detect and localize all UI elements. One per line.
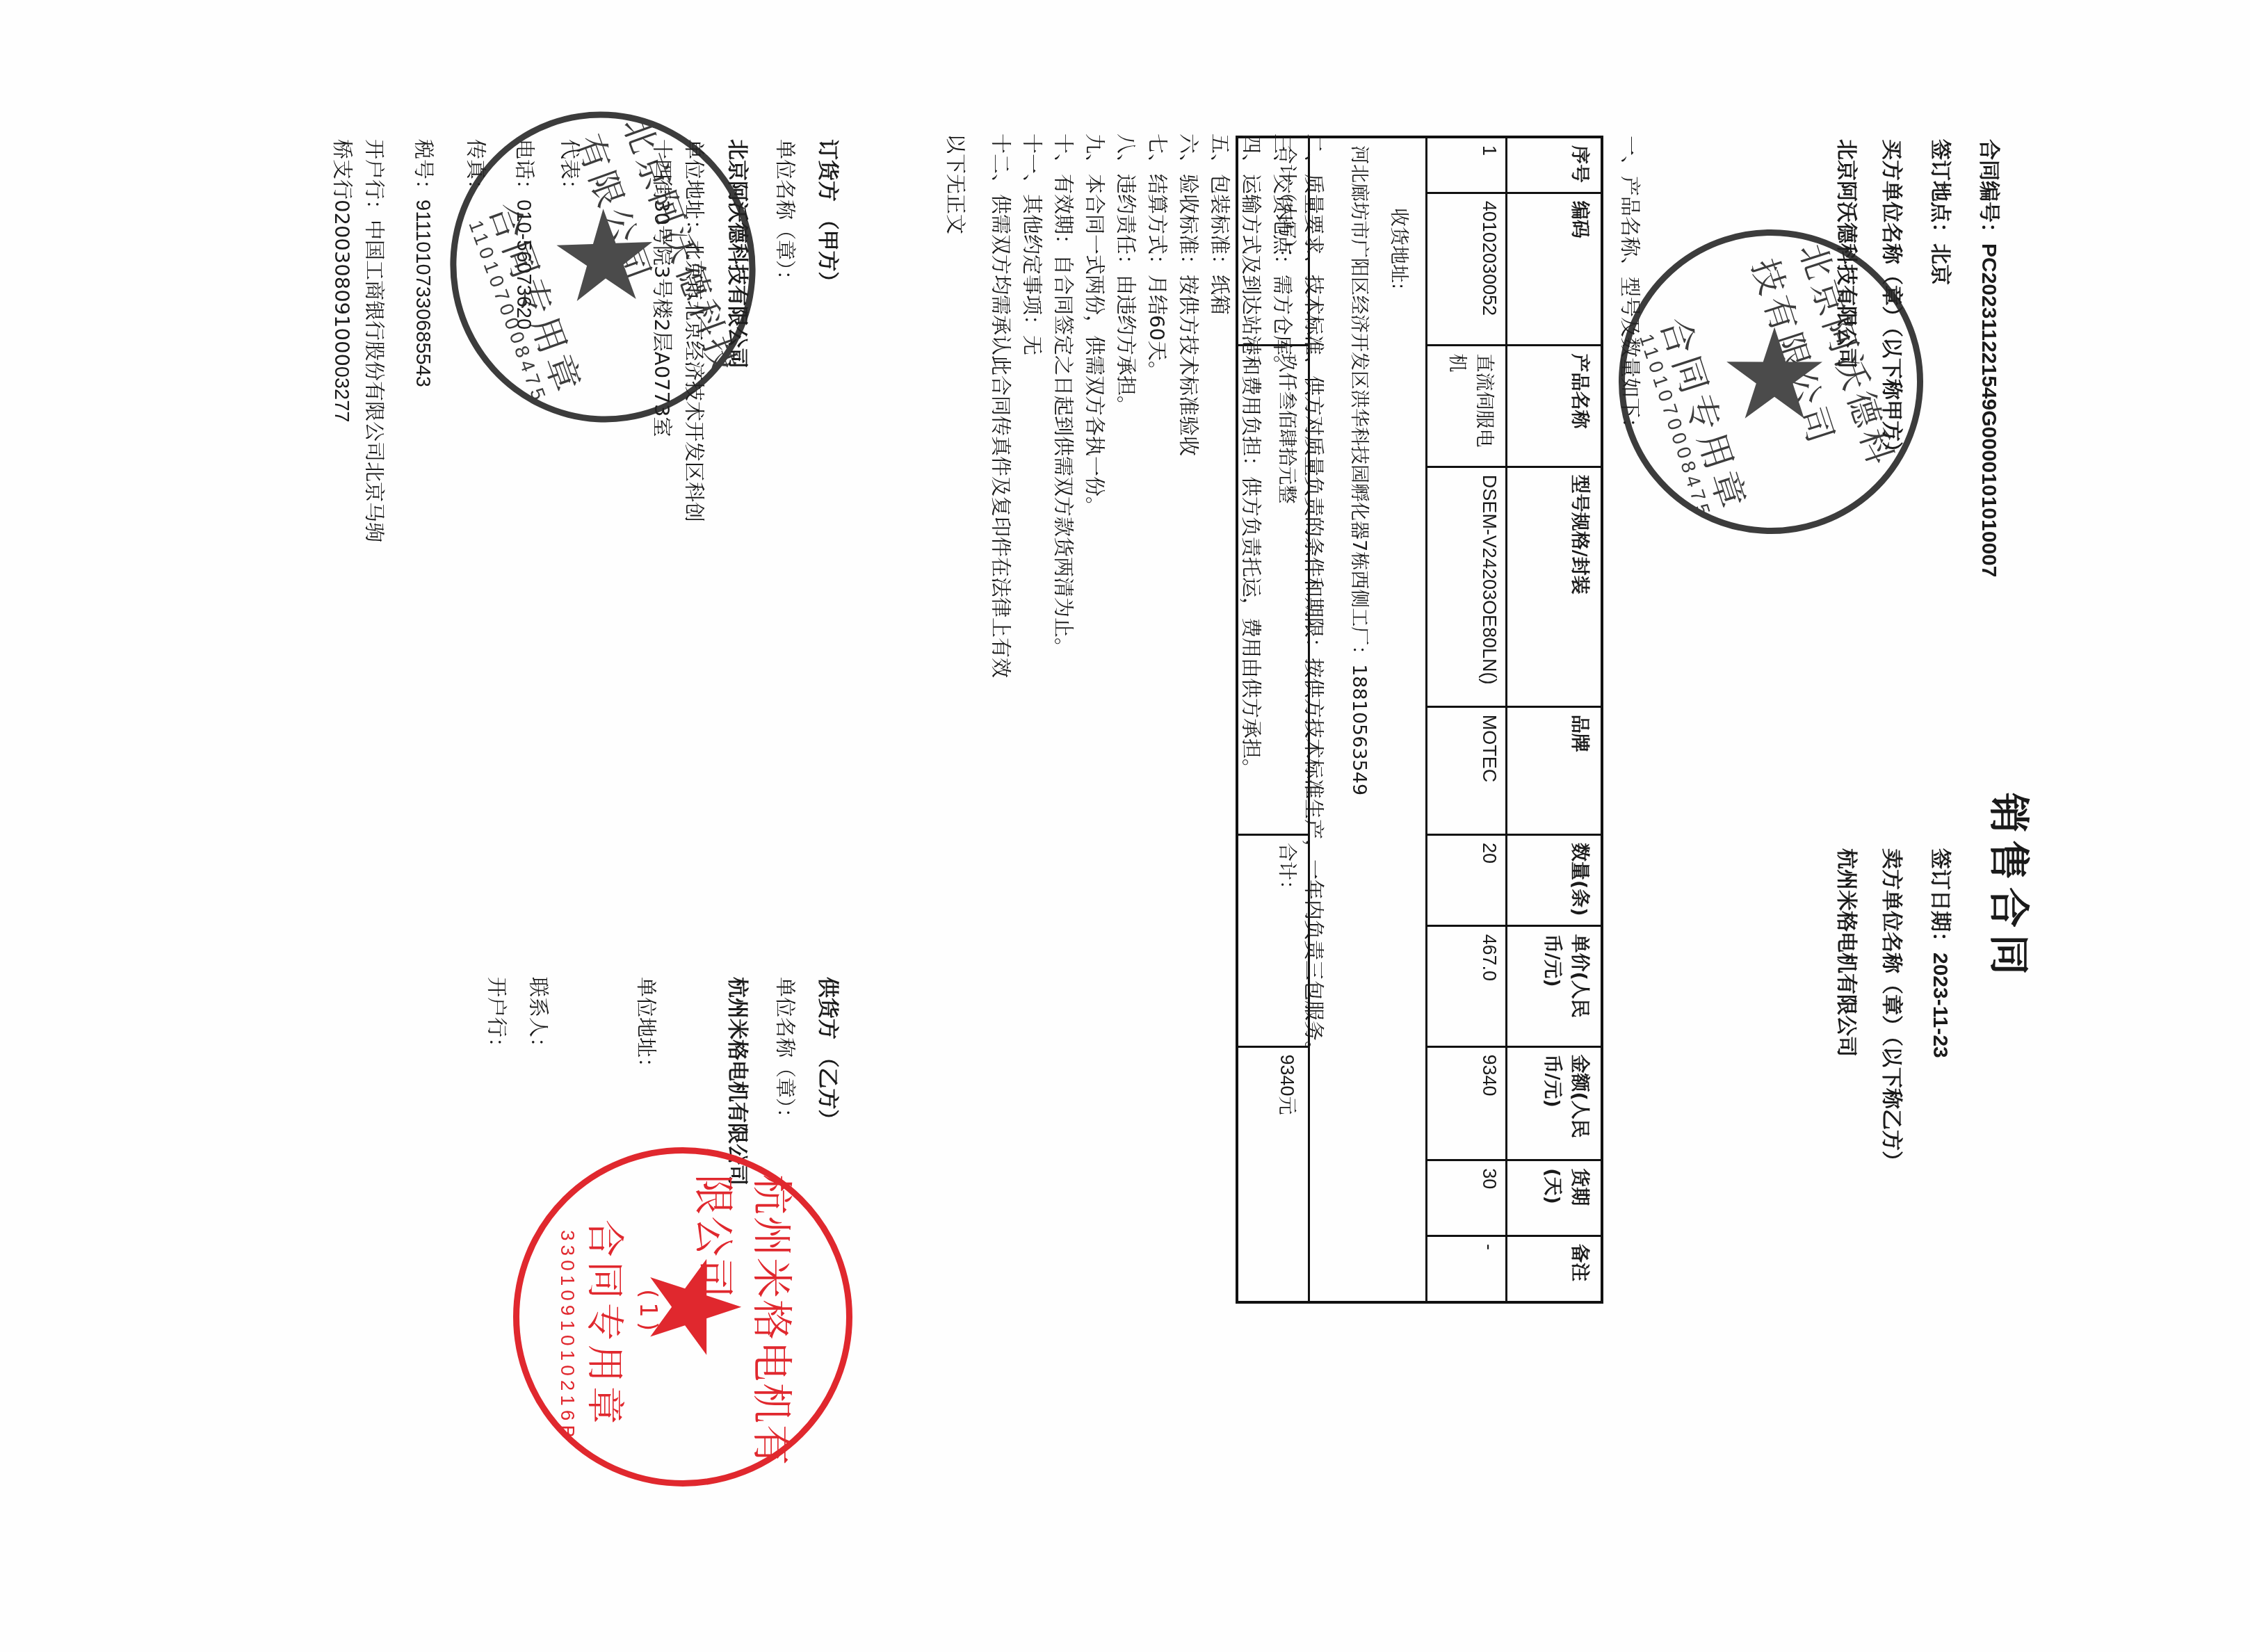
col-header-brand: 品牌 bbox=[1507, 706, 1603, 834]
clause-2: 二、质量要求、技术标准、供方对质量负责的条件和期限：按供方技术标准生产，一年内负… bbox=[1300, 133, 1329, 1061]
col-header-remark: 备注 bbox=[1507, 1236, 1603, 1302]
total-label: 合计： bbox=[1237, 835, 1309, 1047]
sign-date-label: 签订日期： bbox=[1928, 848, 1952, 953]
clause-7: 七、结算方式：月结60天。 bbox=[1144, 133, 1172, 381]
seller-seal-sub: (1) bbox=[634, 1289, 662, 1335]
col-header-model: 型号规格/封装 bbox=[1507, 467, 1603, 706]
cell-code: 40102030052 bbox=[1427, 193, 1507, 346]
cell-brand: MOTEC bbox=[1427, 706, 1507, 834]
party-a-tax-label: 税号： bbox=[412, 139, 435, 200]
party-b-unit-name-label: 单位名称（章）： bbox=[772, 977, 800, 1128]
party-a-unit-name-label: 单位名称（章）： bbox=[772, 139, 800, 291]
party-b-address-label: 单位地址： bbox=[633, 977, 661, 1078]
col-header-amount: 金额(人民币/元) bbox=[1507, 1046, 1603, 1160]
contract-number-line: 合同编号：PC202311221549G0000101010007 bbox=[1976, 139, 2007, 577]
sign-place: 北京 bbox=[1928, 243, 1952, 285]
clause-12: 十二、供需双方均需承认此合同传真件及复印件在法律上有效 bbox=[987, 133, 1016, 678]
cell-amount: 9340 bbox=[1427, 1046, 1507, 1160]
page-title: 销售合同 bbox=[1983, 793, 2041, 982]
party-a-tax: 税号：91110107330685543 bbox=[410, 139, 439, 387]
total-value: 9340元 bbox=[1237, 1046, 1309, 1302]
sign-place-label: 签订地点： bbox=[1928, 139, 1952, 243]
party-b-bank-label: 开户行： bbox=[483, 977, 512, 1058]
sign-date-line: 签订日期：2023-11-23 bbox=[1927, 848, 1958, 1058]
clause-6: 六、验收标准：按供方技术标准验收 bbox=[1175, 133, 1204, 456]
clause-8: 八、违约责任：由违约方承担。 bbox=[1112, 133, 1141, 416]
party-a-tax-value: 91110107330685543 bbox=[412, 200, 434, 387]
col-header-index: 序号 bbox=[1507, 137, 1603, 193]
contract-number: PC202311221549G0000101010007 bbox=[1977, 243, 2000, 577]
cell-product: 直流伺服电机 bbox=[1427, 346, 1507, 467]
delivery-address-label: 收货地址: bbox=[1387, 208, 1414, 1294]
cell-remark: - bbox=[1427, 1236, 1507, 1302]
seller-label: 卖方单位名称（章）（以下称乙方） bbox=[1879, 848, 1909, 1172]
seller-name: 杭州米格电机有限公司 bbox=[1834, 848, 1864, 1057]
clause-10: 十、有效期：自合同签定之日起到供需双方款货两清为止。 bbox=[1050, 133, 1078, 658]
seller-seal: 杭州米格电机有限公司 ★ 合同专用章 (1) 3301091010216B bbox=[513, 1147, 852, 1487]
clause-3: 三、交货地点：需方仓库。 bbox=[1269, 133, 1297, 375]
party-a-heading: 订货方 （甲方） bbox=[815, 139, 845, 292]
seller-seal-type: 合同专用章 bbox=[581, 1220, 634, 1428]
party-b-contact-label: 联系人： bbox=[525, 977, 553, 1058]
seller-seal-code: 3301091010216B bbox=[556, 1230, 578, 1442]
sign-place-line: 签订地点：北京 bbox=[1927, 139, 1958, 285]
col-header-lead-time: 货期(天) bbox=[1507, 1160, 1603, 1236]
contract-page: 合同编号：PC202311221549G0000101010007 签订地点：北… bbox=[0, 0, 2250, 1652]
col-header-unit-price: 单价(人民币/元) bbox=[1507, 926, 1603, 1046]
col-header-product: 产品名称 bbox=[1507, 346, 1603, 467]
delivery-address: 河北廊坊市广阳区经济开发区洪华科技园孵化器7栋西侧工厂：18810563549 bbox=[1347, 145, 1375, 1294]
party-b-heading: 供货方 （乙方） bbox=[815, 977, 845, 1130]
cell-model: DSEM-V24203OE80LN() bbox=[1427, 467, 1507, 706]
col-header-qty: 数量(条) bbox=[1507, 835, 1603, 926]
cell-index: 1 bbox=[1427, 137, 1507, 193]
buyer-seal-sign: 北京阿沃德科技有限公司 ★ 合同专用章 1101070008475 bbox=[407, 69, 800, 466]
end-note: 以下无正文 bbox=[942, 133, 971, 234]
cell-unit-price: 467.0 bbox=[1427, 926, 1507, 1046]
party-a-bank: 开户行：中国工商银行股份有限公司北京马驹桥支行02003080910000327… bbox=[325, 139, 390, 556]
cell-lead-time: 30 bbox=[1427, 1160, 1507, 1236]
clause-5: 五、包装标准：纸箱 bbox=[1206, 133, 1235, 315]
clause-11: 十一、其他约定事项：无 bbox=[1019, 133, 1047, 355]
sign-date: 2023-11-23 bbox=[1929, 953, 1952, 1058]
clause-9: 九、本合同一式两份，供需双方各执一份。 bbox=[1081, 133, 1110, 517]
contract-number-label: 合同编号： bbox=[1977, 139, 2001, 243]
table-row: 1 40102030052 直流伺服电机 DSEM-V24203OE80LN()… bbox=[1427, 137, 1507, 1302]
party-a-bank-label: 开户行： bbox=[362, 139, 386, 220]
cell-qty: 20 bbox=[1427, 835, 1507, 926]
col-header-code: 编码 bbox=[1507, 193, 1603, 346]
clause-4: 四、运输方式及到达站港和费用负担：供方负责托运，费用由供方承担。 bbox=[1238, 133, 1266, 779]
table-header-row: 序号 编码 产品名称 型号规格/封装 品牌 数量(条) 单价(人民币/元) 金额… bbox=[1507, 137, 1603, 1302]
